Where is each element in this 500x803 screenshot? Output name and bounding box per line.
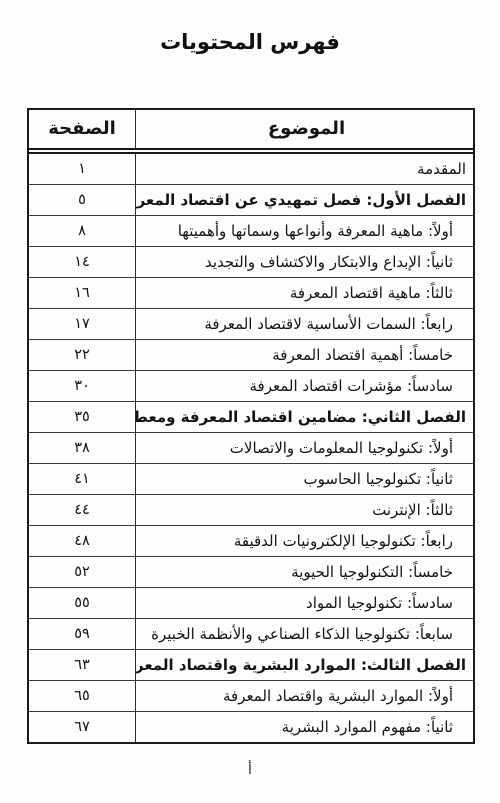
page-number-cell: ٥ [29, 185, 136, 215]
page-number-cell: ١ [29, 154, 136, 184]
table-row: ١المقدمة [29, 154, 473, 185]
topic-cell: الفصل الثاني: مضامين اقتصاد المعرفة ومعط… [136, 402, 473, 432]
page-number-cell: ١٦ [29, 278, 136, 308]
page-number-cell: ٨ [29, 216, 136, 246]
column-header-page: الصفحة [29, 110, 136, 148]
topic-cell: أولاً: ماهية المعرفة وأنواعها وسماتها وأ… [136, 216, 473, 246]
topic-cell: خامساً: أهمية اقتصاد المعرفة [136, 340, 473, 370]
table-row: ٤١ثانياً: تكنولوجيا الحاسوب [29, 464, 473, 495]
toc-table: الصفحة الموضوع ١المقدمة٥الفصل الأول: فصل… [27, 108, 475, 744]
table-row: ٣٨أولاً: تكنولوجيا المعلومات والاتصالات [29, 433, 473, 464]
page-number-cell: ٤٨ [29, 526, 136, 556]
table-row: ٤٤ثالثاً: الإنترنت [29, 495, 473, 526]
topic-cell: الفصل الثالث: الموارد البشرية واقتصاد ال… [136, 650, 473, 680]
table-row: ٨أولاً: ماهية المعرفة وأنواعها وسماتها و… [29, 216, 473, 247]
topic-cell: رابعاً: تكنولوجيا الإلكترونيات الدقيقة [136, 526, 473, 556]
table-row: ٥٥سادساً: تكنولوجيا المواد [29, 588, 473, 619]
page-number-cell: ٦٧ [29, 712, 136, 742]
table-row: ٣٥الفصل الثاني: مضامين اقتصاد المعرفة وم… [29, 402, 473, 433]
page-number-cell: ٤٤ [29, 495, 136, 525]
page-number-cell: ٦٥ [29, 681, 136, 711]
table-row: ٤٨رابعاً: تكنولوجيا الإلكترونيات الدقيقة [29, 526, 473, 557]
page-number-cell: ٥٩ [29, 619, 136, 649]
page-number-cell: ٣٠ [29, 371, 136, 401]
topic-cell: خامساً: التكنولوجيا الحيوية [136, 557, 473, 587]
topic-cell: أولاً: الموارد البشرية واقتصاد المعرفة [136, 681, 473, 711]
toc-table-body: ١المقدمة٥الفصل الأول: فصل تمهيدي عن اقتص… [29, 154, 473, 742]
page-number-cell: ١٧ [29, 309, 136, 339]
page-number-cell: ٥٢ [29, 557, 136, 587]
page-number-marker: أ [0, 762, 500, 778]
scanned-toc-page: فهرس المحتويات الصفحة الموضوع ١المقدمة٥ا… [0, 0, 500, 803]
table-row: ٣٠سادساً: مؤشرات اقتصاد المعرفة [29, 371, 473, 402]
page-number-cell: ٣٨ [29, 433, 136, 463]
topic-cell: ثانياً: تكنولوجيا الحاسوب [136, 464, 473, 494]
table-row: ١٧رابعاً: السمات الأساسية لاقتصاد المعرف… [29, 309, 473, 340]
page-number-cell: ٢٢ [29, 340, 136, 370]
topic-cell: سادساً: مؤشرات اقتصاد المعرفة [136, 371, 473, 401]
topic-cell: ثالثاً: الإنترنت [136, 495, 473, 525]
topic-cell: الفصل الأول: فصل تمهيدي عن اقتصاد المعرف… [136, 185, 473, 215]
topic-cell: رابعاً: السمات الأساسية لاقتصاد المعرفة [136, 309, 473, 339]
page-number-cell: ٣٥ [29, 402, 136, 432]
topic-cell: سادساً: تكنولوجيا المواد [136, 588, 473, 618]
table-row: ١٦ثالثاً: ماهية اقتصاد المعرفة [29, 278, 473, 309]
table-row: ٥٢خامساً: التكنولوجيا الحيوية [29, 557, 473, 588]
page-title: فهرس المحتويات [0, 0, 500, 54]
page-number-cell: ٤١ [29, 464, 136, 494]
topic-cell: ثانياً: الإبداع والابتكار والاكتشاف والت… [136, 247, 473, 277]
topic-cell: سابعاً: تكنولوجيا الذكاء الصناعي والأنظم… [136, 619, 473, 649]
topic-cell: المقدمة [136, 154, 473, 184]
table-row: ١٤ثانياً: الإبداع والابتكار والاكتشاف وا… [29, 247, 473, 278]
topic-cell: ثالثاً: ماهية اقتصاد المعرفة [136, 278, 473, 308]
page-number-cell: ١٤ [29, 247, 136, 277]
table-row: ٥٩سابعاً: تكنولوجيا الذكاء الصناعي والأن… [29, 619, 473, 650]
topic-cell: أولاً: تكنولوجيا المعلومات والاتصالات [136, 433, 473, 463]
table-row: ٦٧ثانياً: مفهوم الموارد البشرية [29, 712, 473, 742]
page-number-cell: ٦٣ [29, 650, 136, 680]
table-row: ٢٢خامساً: أهمية اقتصاد المعرفة [29, 340, 473, 371]
topic-cell: ثانياً: مفهوم الموارد البشرية [136, 712, 473, 742]
page-number-cell: ٥٥ [29, 588, 136, 618]
column-header-topic: الموضوع [136, 110, 473, 148]
table-row: ٥الفصل الأول: فصل تمهيدي عن اقتصاد المعر… [29, 185, 473, 216]
table-header-row: الصفحة الموضوع [29, 110, 473, 154]
table-row: ٦٥أولاً: الموارد البشرية واقتصاد المعرفة [29, 681, 473, 712]
table-row: ٦٣الفصل الثالث: الموارد البشرية واقتصاد … [29, 650, 473, 681]
